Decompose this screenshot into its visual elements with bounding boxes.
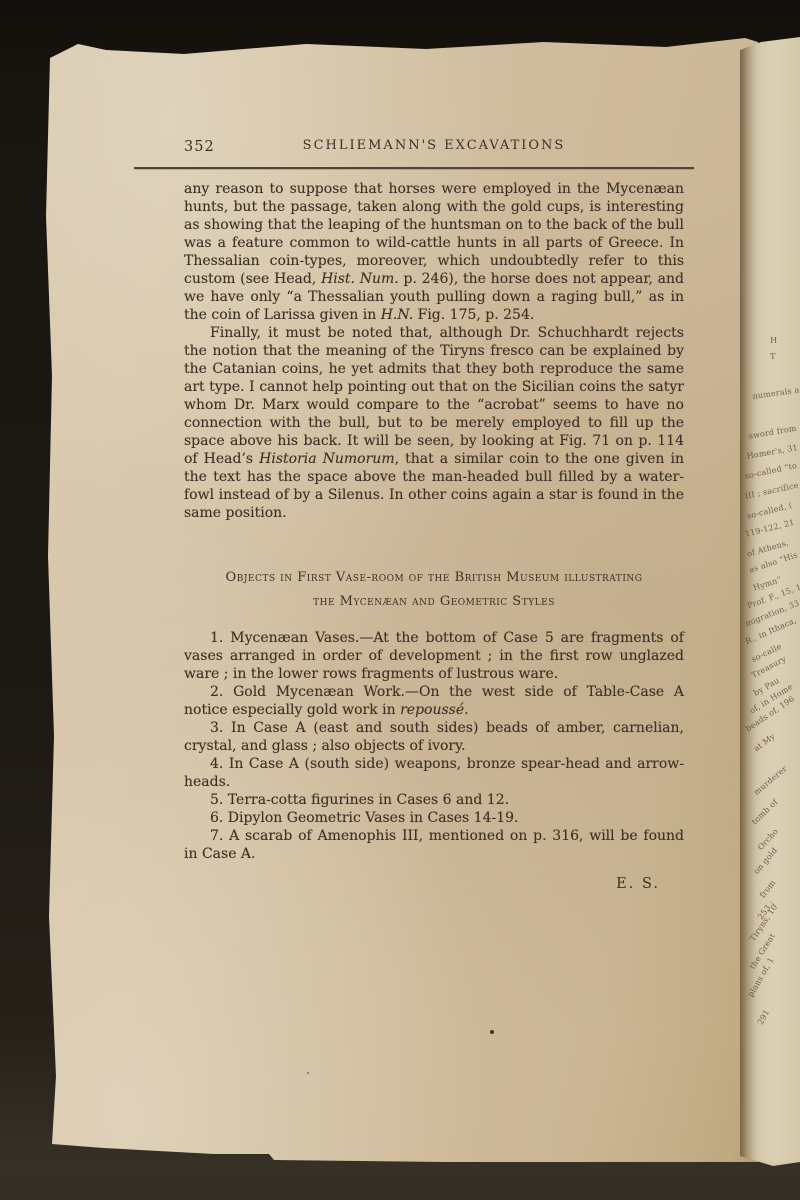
section-heading-line2: the Mycenæan and Geometric Styles (184, 590, 684, 614)
adjacent-page-text-fragment: T (770, 352, 776, 361)
italic-text: Historia Numorum (259, 451, 394, 467)
adjacent-page-text-fragment: Orcho (756, 827, 780, 852)
section-heading: Objects in First Vase-room of the Britis… (184, 566, 684, 614)
list-item: 1. Mycenæan Vases.—At the bottom of Case… (184, 629, 684, 683)
adjacent-page-text-fragment: at My (752, 732, 777, 754)
list-item: 7. A scarab of Amenophis III, mentioned … (184, 827, 684, 863)
list-item: 5. Terra-cotta figurines in Cases 6 and … (184, 791, 684, 809)
text-run: 7. A scarab of Amenophis III, mentioned … (184, 828, 684, 862)
text-run: 4. In Case A (south side) weapons, bronz… (184, 756, 684, 790)
adjacent-page-text-fragment: 291 (756, 1008, 771, 1026)
adjacent-page-text-fragment: sword from (748, 424, 797, 441)
dust-speck (307, 1072, 309, 1074)
list-item: 2. Gold Mycenæan Work.—On the west side … (184, 683, 684, 719)
page-header: 352 SCHLIEMANN'S EXCAVATIONS (184, 138, 684, 160)
adjacent-page-text-fragment: H (770, 336, 777, 345)
header-rule (134, 167, 694, 169)
page-content: 352 SCHLIEMANN'S EXCAVATIONS any reason … (44, 36, 758, 892)
text-run: 5. Terra-cotta figurines in Cases 6 and … (210, 792, 509, 808)
adjacent-page-text-fragment: on gold (752, 846, 779, 876)
text-run: Finally, it must be noted that, although… (184, 325, 684, 467)
adjacent-page-text-fragment: tomb of (750, 797, 780, 826)
adjacent-page-text-fragment: numerals adde (752, 383, 800, 401)
adjacent-page-text-fragment: so-called “to (744, 461, 798, 481)
body-paragraph: Finally, it must be noted that, although… (184, 324, 684, 522)
italic-text: repoussé (400, 702, 464, 718)
text-run: 6. Dipylon Geometric Vases in Cases 14-1… (210, 810, 519, 826)
adjacent-page-text-fragment: III ; sacrifice (744, 481, 799, 501)
author-signature: E. S. (184, 876, 684, 892)
list-item: 4. In Case A (south side) weapons, bronz… (184, 755, 684, 791)
page-number: 352 (184, 139, 215, 155)
text-run: 1. Mycenæan Vases.—At the bottom of Case… (184, 630, 684, 682)
museum-list: 1. Mycenæan Vases.—At the bottom of Case… (184, 629, 684, 863)
section-heading-line1: Objects in First Vase-room of the Britis… (184, 566, 684, 590)
adjacent-page-text-fragment: so-called, ( (746, 501, 793, 521)
text-run: Fig. 175, p. 254. (413, 307, 534, 323)
adjacent-page-edge: HTnumerals addesword fromHomer's, 31so-c… (740, 34, 800, 1166)
italic-text: Hist. Num. (321, 271, 399, 287)
adjacent-page-text-fragment: Homer's, 31 (746, 443, 798, 461)
dust-speck (490, 1030, 494, 1034)
text-run: . (464, 702, 468, 718)
text-run: 3. In Case A (east and south sides) bead… (184, 720, 684, 754)
list-item: 3. In Case A (east and south sides) bead… (184, 719, 684, 755)
book-page: 352 SCHLIEMANN'S EXCAVATIONS any reason … (44, 36, 758, 1164)
running-title: SCHLIEMANN'S EXCAVATIONS (184, 138, 684, 153)
adjacent-page-text-fragment: from (758, 878, 777, 899)
body-paragraph: any reason to suppose that horses were e… (184, 180, 684, 324)
scan-backdrop: { "page": { "page_number": "352", "runni… (0, 0, 800, 1200)
body-paragraphs: any reason to suppose that horses were e… (184, 180, 684, 522)
list-item: 6. Dipylon Geometric Vases in Cases 14-1… (184, 809, 684, 827)
adjacent-page-text-fragment: murderer (752, 764, 789, 797)
italic-text: H.N. (381, 307, 413, 323)
adjacent-page-text-fragment: 119-122, 21 (744, 518, 795, 539)
